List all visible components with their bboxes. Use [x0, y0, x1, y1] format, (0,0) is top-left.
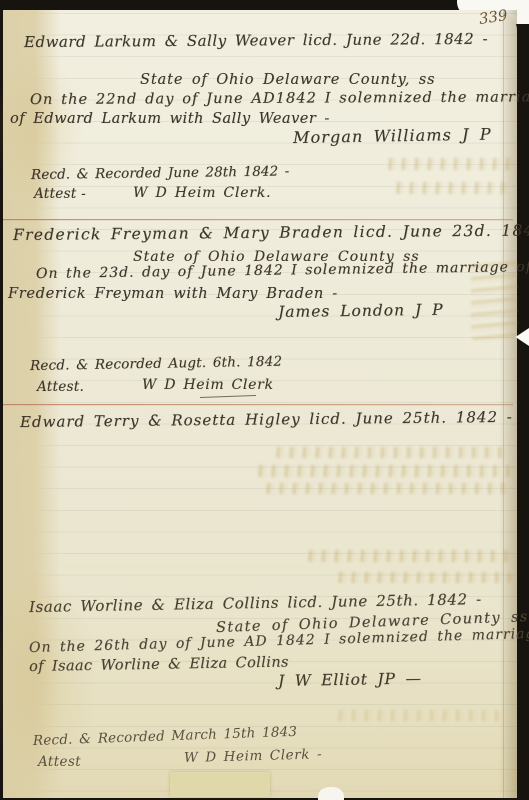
attest-label: Attest: [38, 754, 81, 770]
entry-separator-rule: [3, 404, 513, 405]
officiant-signature: J W Elliot JP —: [278, 669, 422, 690]
solemnization-line: On the 22nd day of June AD1842 I solemni…: [30, 89, 529, 108]
officiant-signature: James London J P: [278, 301, 444, 321]
tape-repair: [170, 772, 270, 797]
attest-label: Attest.: [37, 379, 84, 395]
scanned-ledger-photo: 339 Edward Larkum & Sally Weaver licd. J…: [0, 0, 529, 800]
solemnization-line: Frederick Freyman with Mary Braden -: [8, 286, 338, 302]
entry-heading: Edward Larkum & Sally Weaver licd. June …: [24, 30, 488, 51]
clerk-signature: W D Heim Clerk.: [133, 185, 271, 201]
attest-label: Attest -: [34, 186, 86, 202]
solemnization-line: of Edward Larkum with Sally Weaver -: [10, 111, 330, 127]
officiant-signature: Morgan Williams J P: [293, 125, 492, 147]
entry-separator-rule: [3, 219, 513, 220]
torn-edge-notch: [318, 787, 344, 800]
clerk-signature: W D Heim Clerk: [142, 377, 274, 393]
state-county-line: State of Ohio Delaware County, ss: [140, 72, 435, 88]
